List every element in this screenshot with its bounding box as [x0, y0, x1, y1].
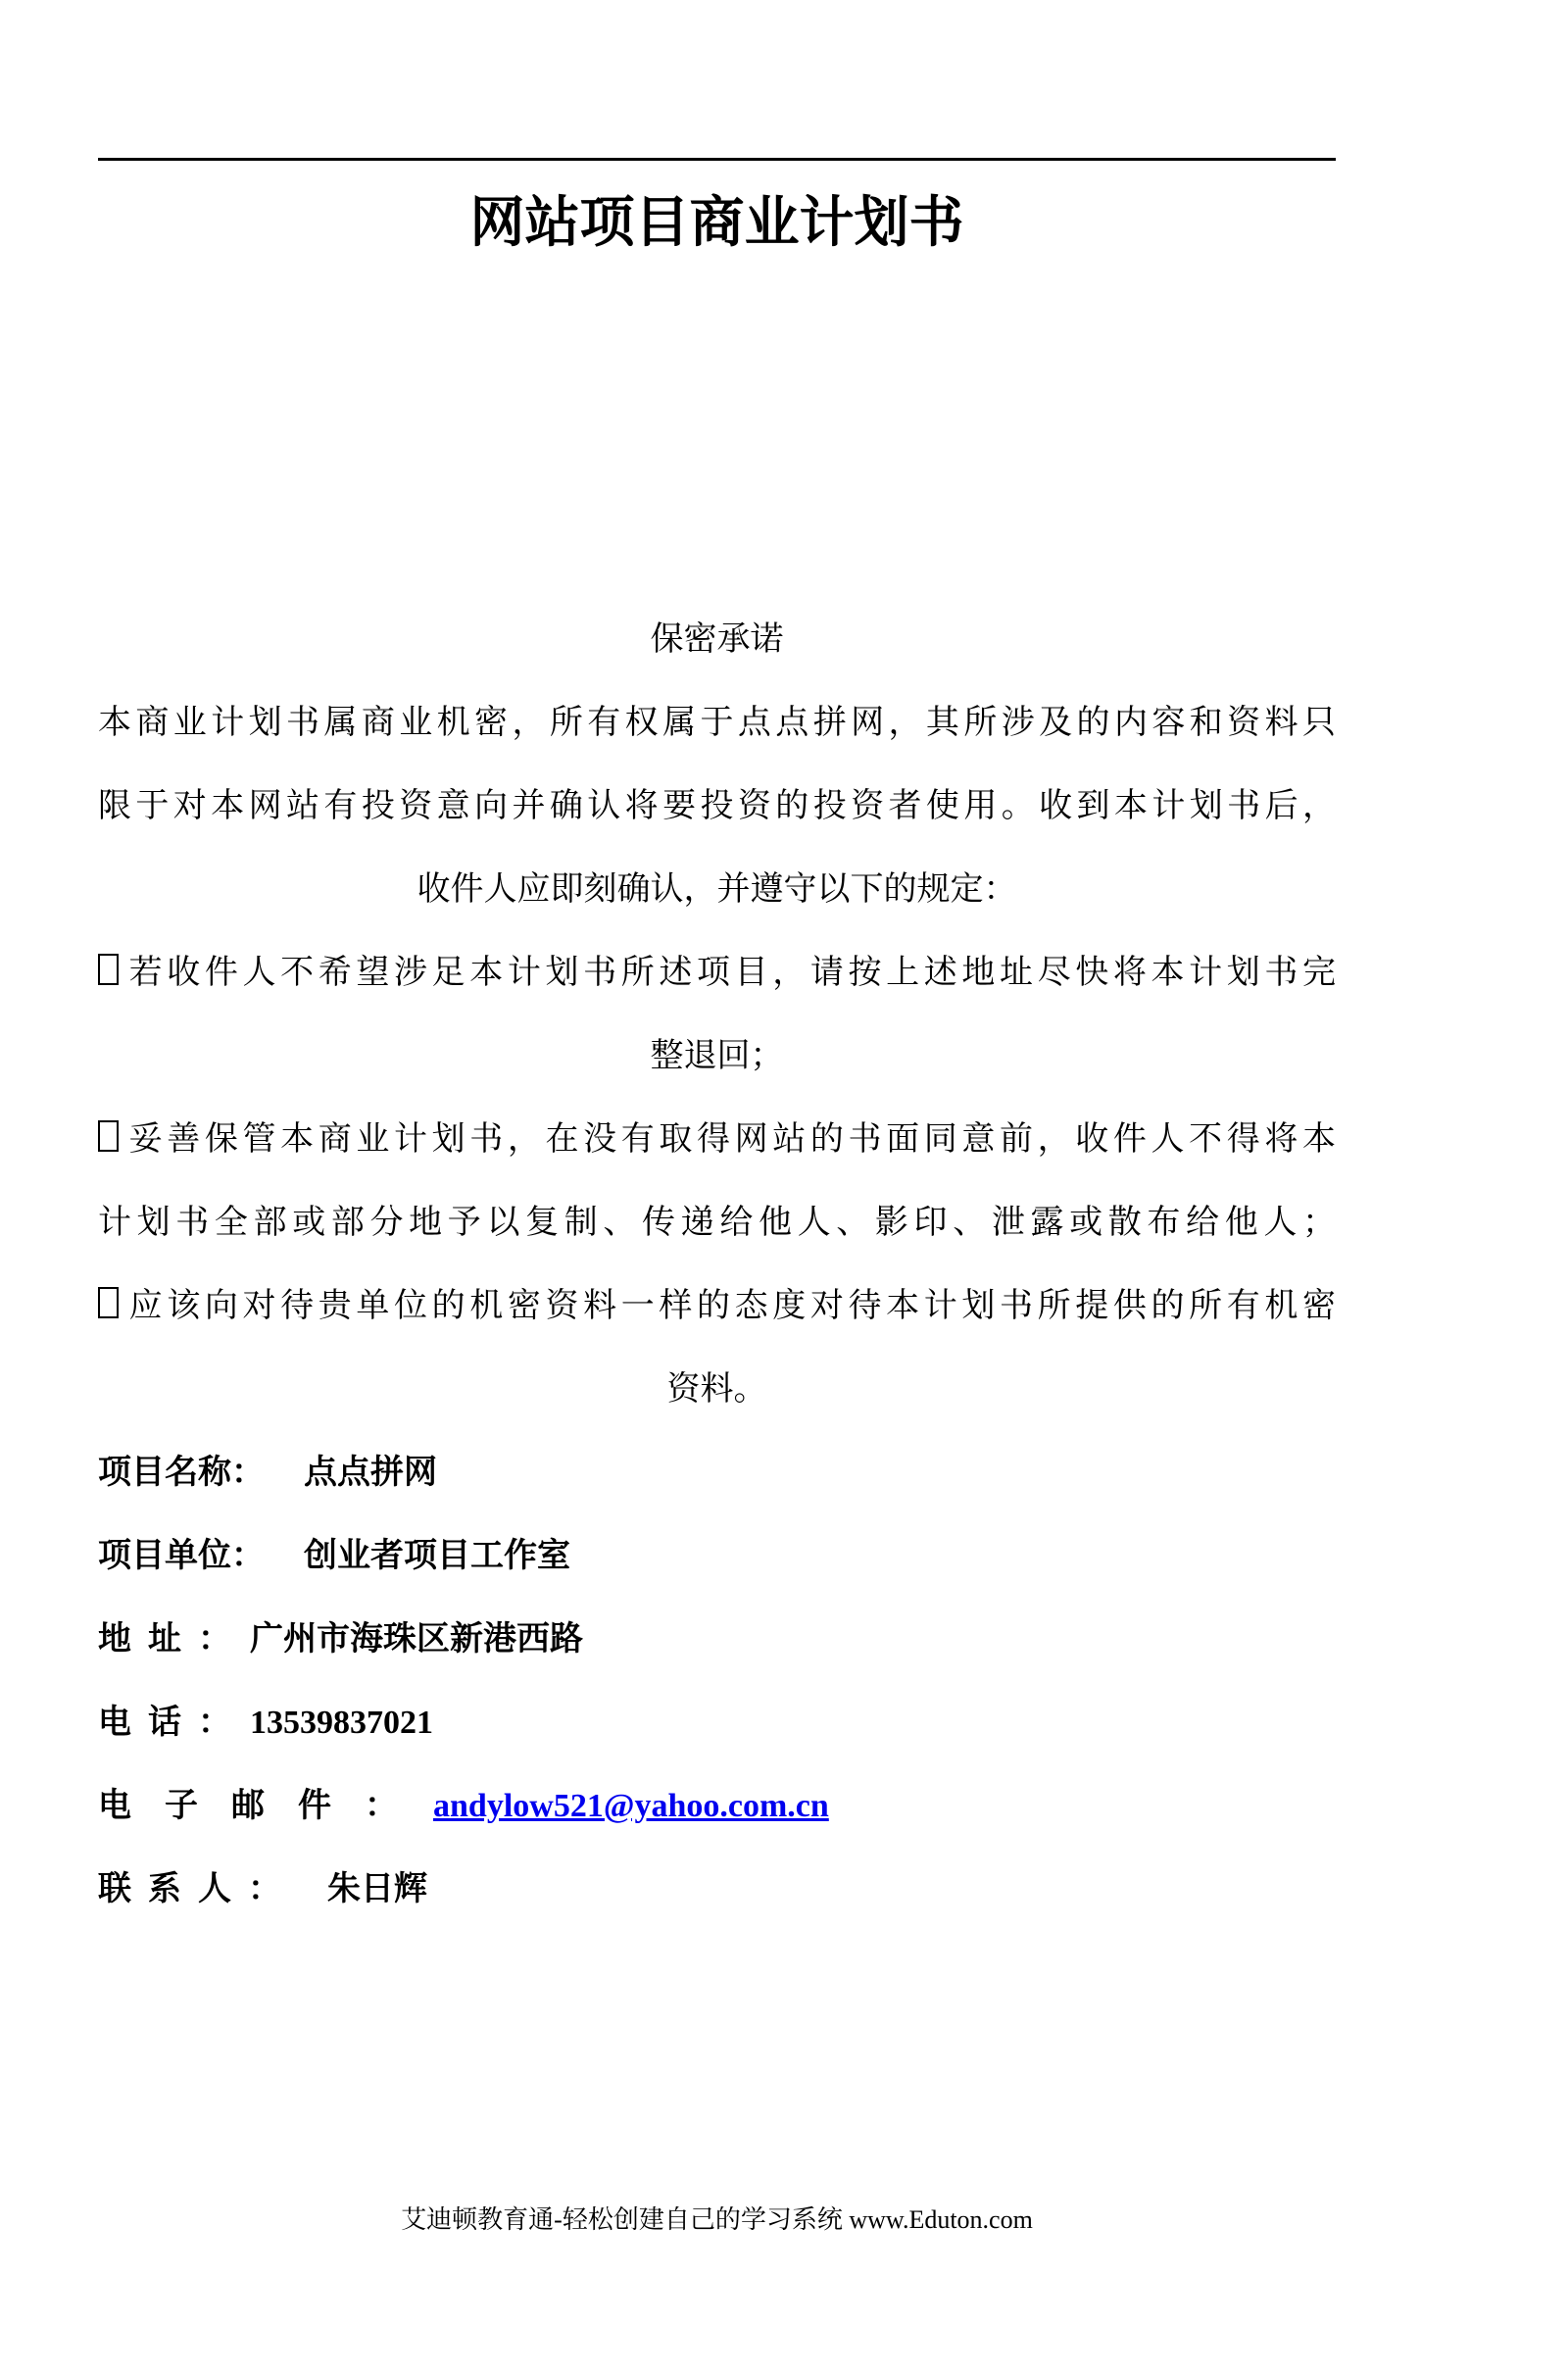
document-page: 网站项目商业计划书 保密承诺 本商业计划书属商业机密，所有权属于点点拼网，其所涉…	[98, 158, 1336, 1931]
email-link[interactable]: andylow521@yahoo.com.cn	[433, 1788, 829, 1824]
bullet-1-line-2: 整退回；	[98, 1014, 1336, 1098]
intro-line-1: 本商业计划书属商业机密，所有权属于点点拼网，其所涉及的内容和资料只	[98, 681, 1336, 765]
bullet-2-text: 妥善保管本商业计划书，在没有取得网站的书面同意前，收件人不得将本	[124, 1121, 1336, 1158]
contact-row: 联系人：朱日辉	[98, 1848, 1336, 1931]
bullet-1-text: 若收件人不希望涉足本计划书所述项目，请按上述地址尽快将本计划书完	[124, 955, 1336, 991]
address-row: 地址：广州市海珠区新港西路	[98, 1598, 1336, 1681]
bullet-box-icon	[98, 1287, 119, 1318]
contact-label: 联系人：	[98, 1871, 298, 1907]
phone-value: 13539837021	[250, 1705, 433, 1741]
page-title: 网站项目商业计划书	[98, 186, 1336, 261]
phone-label: 电话：	[98, 1705, 248, 1741]
email-label: 电子邮件：	[98, 1788, 431, 1824]
address-value: 广州市海珠区新港西路	[250, 1621, 583, 1658]
page-footer: 艾迪顿教育通-轻松创建自己的学习系统 www.Eduton.com	[98, 2202, 1336, 2238]
bullet-2-line-1: 妥善保管本商业计划书，在没有取得网站的书面同意前，收件人不得将本	[98, 1098, 1336, 1181]
bullet-1-line-1: 若收件人不希望涉足本计划书所述项目，请按上述地址尽快将本计划书完	[98, 931, 1336, 1014]
header-rule	[98, 158, 1336, 161]
phone-row: 电话：13539837021	[98, 1681, 1336, 1764]
bullet-2-line-2: 计划书全部或部分地予以复制、传递给他人、影印、泄露或散布给他人；	[98, 1181, 1336, 1264]
address-label: 地址：	[98, 1621, 248, 1658]
email-row: 电子邮件：andylow521@yahoo.com.cn	[98, 1764, 1336, 1848]
section-heading: 保密承诺	[98, 598, 1336, 681]
bullet-3-line-1: 应该向对待贵单位的机密资料一样的态度对待本计划书所提供的所有机密	[98, 1264, 1336, 1348]
intro-line-2: 限于对本网站有投资意向并确认将要投资的投资者使用。收到本计划书后，	[98, 765, 1336, 848]
bullet-box-icon	[98, 954, 119, 985]
contact-value: 朱日辉	[327, 1871, 427, 1907]
project-unit-value: 创业者项目工作室	[304, 1538, 570, 1574]
bullet-3-line-2: 资料。	[98, 1348, 1336, 1431]
project-unit-label: 项目单位：	[98, 1538, 265, 1574]
project-name-label: 项目名称：	[98, 1455, 265, 1491]
project-name-value: 点点拼网	[304, 1455, 437, 1491]
bullet-box-icon	[98, 1120, 119, 1152]
project-name-row: 项目名称：点点拼网	[98, 1431, 1336, 1514]
project-unit-row: 项目单位：创业者项目工作室	[98, 1514, 1336, 1598]
bullet-3-text: 应该向对待贵单位的机密资料一样的态度对待本计划书所提供的所有机密	[124, 1288, 1336, 1324]
intro-line-3: 收件人应即刻确认，并遵守以下的规定：	[98, 848, 1336, 931]
